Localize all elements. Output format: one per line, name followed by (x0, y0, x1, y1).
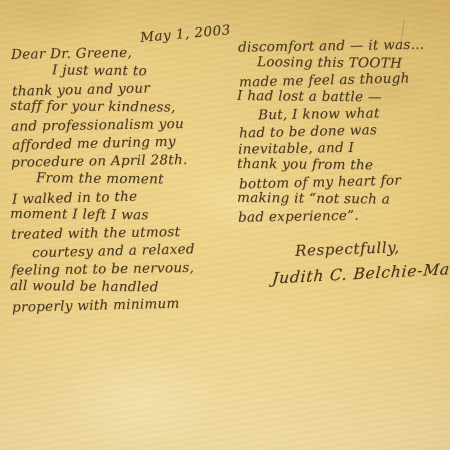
letter-right-column: discomfort and — it was… Loosing this TO… (237, 38, 447, 225)
letter-page: May 1, 2003 Dear Dr. Greene, I just want… (0, 0, 450, 450)
letter-line: bad experience”. (238, 206, 448, 226)
letter-line: properly with minimum (12, 293, 236, 316)
signature: Judith C. Belchie-Martin (271, 258, 450, 287)
letter-closing: Respectfully, (295, 238, 400, 260)
letter-left-column: Dear Dr. Greene, I just want to thank yo… (10, 44, 234, 314)
